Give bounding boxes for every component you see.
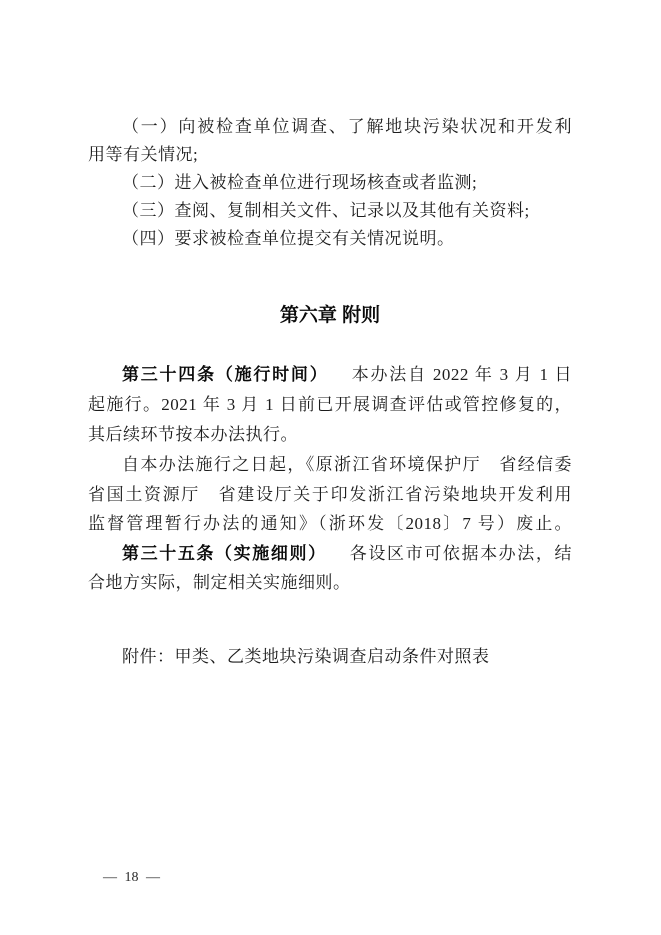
article-34-line-2: 起施行。2021 年 3 月 1 日前已开展调查评估或管控修复的，: [88, 391, 572, 419]
article-35-line-1: 第三十五条（实施细则）各设区市可依据本办法，结: [88, 540, 572, 568]
article-34-line-3: 其后续环节按本办法执行。: [88, 421, 572, 449]
attachment-note: 附件：甲类、乙类地块污染调查启动条件对照表: [88, 643, 572, 671]
article-35-title: 第三十五条（实施细则）: [122, 544, 327, 563]
document-page: （一）向被检查单位调查、了解地块污染状况和开发利 用等有关情况; （二）进入被检…: [0, 0, 661, 935]
clause-item-3: （三）查阅、复制相关文件、记录以及其他有关资料;: [88, 197, 572, 225]
article-34-line-1: 第三十四条（施行时间）本办法自 2022 年 3 月 1 日: [88, 361, 572, 389]
article-34-title: 第三十四条（施行时间）: [122, 365, 328, 384]
article-34-line-1-text: 本办法自 2022 年 3 月 1 日: [350, 365, 572, 384]
article-35-line-1-text: 各设区市可依据本办法，结: [349, 544, 572, 563]
clause-item-1-line-2: 用等有关情况;: [88, 141, 572, 169]
article-35-line-2: 合地方实际，制定相关实施细则。: [88, 569, 572, 597]
repeal-line-3: 监督管理暂行办法的通知》（浙环发〔2018〕7 号）废止。: [88, 510, 572, 538]
chapter-heading: 第六章 附则: [88, 302, 572, 330]
clause-item-4: （四）要求被检查单位提交有关情况说明。: [88, 225, 572, 253]
repeal-line-1: 自本办法施行之日起，《原浙江省环境保护厅 省经信委: [88, 451, 572, 479]
page-number: — 18 —: [103, 868, 160, 888]
clause-item-1-line-1: （一）向被检查单位调查、了解地块污染状况和开发利: [88, 113, 572, 141]
repeal-line-2: 省国土资源厅 省建设厅关于印发浙江省污染地块开发利用: [88, 481, 572, 509]
clause-item-2: （二）进入被检查单位进行现场核查或者监测;: [88, 169, 572, 197]
